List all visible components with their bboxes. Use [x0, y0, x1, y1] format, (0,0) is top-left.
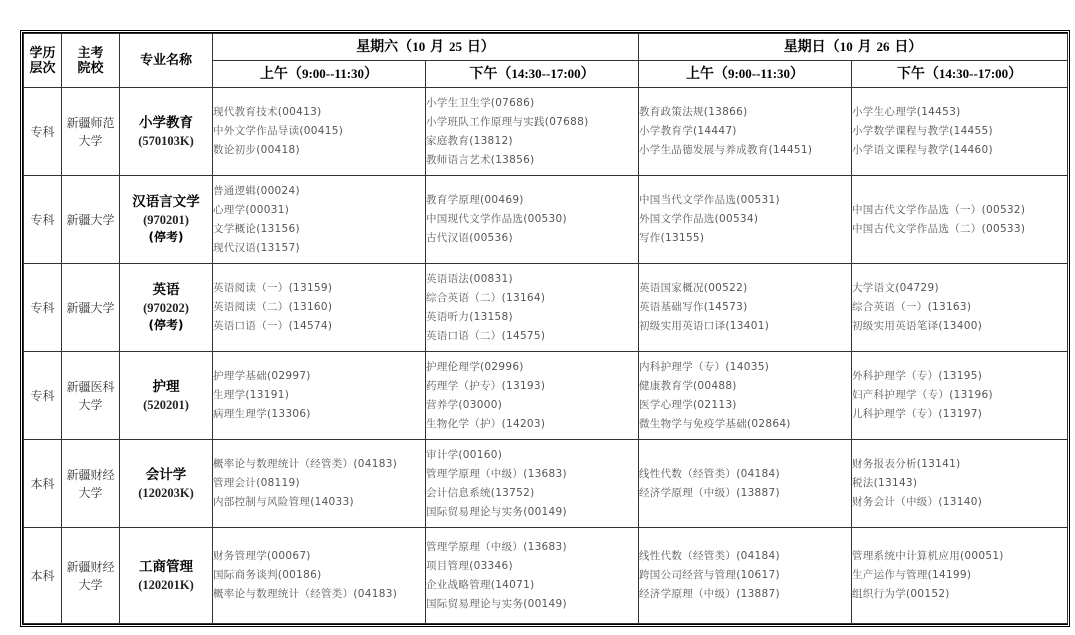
course-item: 内科护理学（专）(14035)	[639, 358, 851, 377]
course-item: 文学概论(13156)	[213, 220, 425, 239]
course-item: 心理学(00031)	[213, 201, 425, 220]
course-item: 小学生品德发展与养成教育(14451)	[639, 141, 851, 160]
month-unit: 月	[430, 39, 444, 55]
course-item: 生产运作与管理(14199)	[852, 566, 1067, 585]
major-status-note: (停考)	[120, 317, 212, 334]
course-item: 古代汉语(00536)	[426, 229, 638, 248]
header-level: 学历 层次	[24, 34, 62, 88]
major-name: 小学教育	[120, 114, 212, 132]
school-name-line2: 大学	[78, 578, 102, 592]
header-day-sunday: 星期日（10 月 26 日）	[639, 34, 1068, 61]
school-cell: 新疆大学	[62, 176, 120, 264]
saturday-afternoon-courses: 护理伦理学(02996)药理学（护专）(13193)营养学(03000)生物化学…	[426, 352, 639, 440]
course-item: 药理学（护专）(13193)	[426, 377, 638, 396]
course-item: 概率论与数理统计（经管类）(04183)	[213, 455, 425, 474]
school-name-line1: 新疆医科	[66, 380, 114, 394]
level-text: 专科	[30, 301, 54, 315]
course-item: 中外文学作品导读(00415)	[213, 122, 425, 141]
level-cell: 专科	[24, 176, 62, 264]
slot-time: 14:30--17:00	[939, 66, 1008, 81]
course-item: 护理伦理学(02996)	[426, 358, 638, 377]
sunday-morning-courses: 英语国家概况(00522)英语基础写作(14573)初级实用英语口译(13401…	[639, 264, 852, 352]
day-number: 26	[876, 39, 889, 54]
day-unit: 日）	[467, 39, 495, 55]
level-cell: 本科	[24, 528, 62, 624]
header-sun-afternoon: 下午（14:30--17:00）	[852, 61, 1068, 88]
slot-close: ）	[1008, 66, 1022, 82]
major-name: 汉语言文学	[120, 193, 212, 211]
month-unit: 月	[858, 39, 872, 55]
course-item: 妇产科护理学（专）(13196)	[852, 386, 1067, 405]
course-item: 医学心理学(02113)	[639, 396, 851, 415]
header-school-line2: 院校	[77, 61, 103, 76]
course-item: 英语国家概况(00522)	[639, 279, 851, 298]
saturday-afternoon-courses: 审计学(00160)管理学原理（中级）(13683)会计信息系统(13752)国…	[426, 440, 639, 528]
course-item: 经济学原理（中级）(13887)	[639, 585, 851, 604]
header-school: 主考 院校	[62, 34, 120, 88]
course-item: 家庭教育(13812)	[426, 132, 638, 151]
saturday-morning-courses: 概率论与数理统计（经管类）(04183)管理会计(08119)内部控制与风险管理…	[213, 440, 426, 528]
major-status-note: (停考)	[120, 229, 212, 246]
day-number: 25	[449, 39, 462, 54]
school-cell: 新疆财经 大学	[62, 528, 120, 624]
course-item: 教育学原理(00469)	[426, 191, 638, 210]
header-sat-morning: 上午（9:00--11:30）	[213, 61, 426, 88]
exam-schedule-table: 学历 层次 主考 院校 专业名称 星期六（10 月 25 日） 星期日（10 月…	[23, 33, 1068, 624]
slot-label: 上午（	[686, 66, 728, 82]
course-item: 财务管理学(00067)	[213, 547, 425, 566]
course-item: 普通逻辑(00024)	[213, 182, 425, 201]
course-item: 小学数学课程与教学(14455)	[852, 122, 1067, 141]
major-cell: 汉语言文学 (970201) (停考)	[120, 176, 213, 264]
schedule-body: 专科 新疆师范 大学 小学教育 (570103K) 现代教育技术(00413)中…	[24, 88, 1068, 624]
course-item: 中国古代文学作品选（一）(00532)	[852, 201, 1067, 220]
major-name: 护理	[120, 378, 212, 396]
course-item: 病理生理学(13306)	[213, 405, 425, 424]
course-item: 小学语文课程与教学(14460)	[852, 141, 1067, 160]
header-day-saturday: 星期六（10 月 25 日）	[213, 34, 639, 61]
header-major: 专业名称	[120, 34, 213, 88]
major-cell: 工商管理 (120201K)	[120, 528, 213, 624]
school-cell: 新疆医科 大学	[62, 352, 120, 440]
course-item: 综合英语（二）(13164)	[426, 289, 638, 308]
course-item: 概率论与数理统计（经管类）(04183)	[213, 585, 425, 604]
major-code: (520201)	[120, 396, 212, 414]
slot-label: 上午（	[260, 66, 302, 82]
course-item: 教育政策法规(13866)	[639, 103, 851, 122]
school-name-line1: 新疆大学	[66, 213, 114, 227]
course-item: 生理学(13191)	[213, 386, 425, 405]
level-text: 本科	[30, 477, 54, 491]
course-item: 数论初步(00418)	[213, 141, 425, 160]
course-item: 护理学基础(02997)	[213, 367, 425, 386]
school-cell: 新疆财经 大学	[62, 440, 120, 528]
course-item: 管理会计(08119)	[213, 474, 425, 493]
saturday-morning-courses: 护理学基础(02997)生理学(13191)病理生理学(13306)	[213, 352, 426, 440]
course-item: 中国古代文学作品选（二）(00533)	[852, 220, 1067, 239]
table-row: 本科 新疆财经 大学 工商管理 (120201K) 财务管理学(00067)国际…	[24, 528, 1068, 624]
school-name-line1: 新疆师范	[66, 116, 114, 130]
course-item: 生物化学（护）(14203)	[426, 415, 638, 434]
course-item: 国际商务谈判(00186)	[213, 566, 425, 585]
level-cell: 专科	[24, 352, 62, 440]
course-item: 财务会计（中级）(13140)	[852, 493, 1067, 512]
major-cell: 小学教育 (570103K)	[120, 88, 213, 176]
course-item: 小学生卫生学(07686)	[426, 94, 638, 113]
course-item: 管理学原理（中级）(13683)	[426, 465, 638, 484]
level-text: 本科	[30, 569, 54, 583]
course-item: 写作(13155)	[639, 229, 851, 248]
major-name: 英语	[120, 281, 212, 299]
course-item: 小学生心理学(14453)	[852, 103, 1067, 122]
sunday-morning-courses: 线性代数（经管类）(04184)跨国公司经营与管理(10617)经济学原理（中级…	[639, 528, 852, 624]
month-number: 10	[840, 39, 853, 54]
major-cell: 护理 (520201)	[120, 352, 213, 440]
course-item: 管理系统中计算机应用(00051)	[852, 547, 1067, 566]
slot-time: 9:00--11:30	[302, 66, 364, 81]
sunday-afternoon-courses: 外科护理学（专）(13195)妇产科护理学（专）(13196)儿科护理学（专）(…	[852, 352, 1068, 440]
sunday-morning-courses: 教育政策法规(13866)小学教育学(14447)小学生品德发展与养成教育(14…	[639, 88, 852, 176]
major-code: (970202)	[120, 299, 212, 317]
sunday-afternoon-courses: 大学语文(04729)综合英语（一）(13163)初级实用英语笔译(13400)	[852, 264, 1068, 352]
saturday-morning-courses: 英语阅读（一）(13159)英语阅读（二）(13160)英语口语（一）(1457…	[213, 264, 426, 352]
course-item: 初级实用英语口译(13401)	[639, 317, 851, 336]
table-row: 专科 新疆大学 英语 (970202) (停考) 英语阅读（一）(13159)英…	[24, 264, 1068, 352]
day-label: 星期六（	[356, 39, 412, 55]
major-code: (570103K)	[120, 132, 212, 150]
course-item: 微生物学与免疫学基础(02864)	[639, 415, 851, 434]
saturday-morning-courses: 普通逻辑(00024)心理学(00031)文学概论(13156)现代汉语(131…	[213, 176, 426, 264]
sunday-afternoon-courses: 小学生心理学(14453)小学数学课程与教学(14455)小学语文课程与教学(1…	[852, 88, 1068, 176]
course-item: 外国文学作品选(00534)	[639, 210, 851, 229]
saturday-morning-courses: 财务管理学(00067)国际商务谈判(00186)概率论与数理统计（经管类）(0…	[213, 528, 426, 624]
course-item: 内部控制与风险管理(14033)	[213, 493, 425, 512]
exam-schedule-frame: 学历 层次 主考 院校 专业名称 星期六（10 月 25 日） 星期日（10 月…	[20, 30, 1070, 627]
slot-close: ）	[581, 66, 595, 82]
sunday-afternoon-courses: 中国古代文学作品选（一）(00532)中国古代文学作品选（二）(00533)	[852, 176, 1068, 264]
course-item: 现代汉语(13157)	[213, 239, 425, 258]
course-item: 现代教育技术(00413)	[213, 103, 425, 122]
course-item: 组织行为学(00152)	[852, 585, 1067, 604]
school-name-line1: 新疆财经	[66, 468, 114, 482]
course-item: 健康教育学(00488)	[639, 377, 851, 396]
course-item: 英语阅读（一）(13159)	[213, 279, 425, 298]
saturday-morning-courses: 现代教育技术(00413)中外文学作品导读(00415)数论初步(00418)	[213, 88, 426, 176]
course-item: 线性代数（经管类）(04184)	[639, 547, 851, 566]
school-name-line1: 新疆财经	[66, 560, 114, 574]
course-item: 英语听力(13158)	[426, 308, 638, 327]
level-cell: 本科	[24, 440, 62, 528]
course-item: 中国现代文学作品选(00530)	[426, 210, 638, 229]
course-item: 项目管理(03346)	[426, 557, 638, 576]
course-item: 企业战略管理(14071)	[426, 576, 638, 595]
slot-label: 下午（	[897, 66, 939, 82]
major-cell: 英语 (970202) (停考)	[120, 264, 213, 352]
saturday-afternoon-courses: 管理学原理（中级）(13683)项目管理(03346)企业战略管理(14071)…	[426, 528, 639, 624]
course-item: 财务报表分析(13141)	[852, 455, 1067, 474]
course-item: 初级实用英语笔译(13400)	[852, 317, 1067, 336]
sunday-afternoon-courses: 管理系统中计算机应用(00051)生产运作与管理(14199)组织行为学(001…	[852, 528, 1068, 624]
saturday-afternoon-courses: 教育学原理(00469)中国现代文学作品选(00530)古代汉语(00536)	[426, 176, 639, 264]
header-sun-morning: 上午（9:00--11:30）	[639, 61, 852, 88]
slot-close: ）	[364, 66, 378, 82]
course-item: 英语基础写作(14573)	[639, 298, 851, 317]
level-text: 专科	[30, 125, 54, 139]
sunday-afternoon-courses: 财务报表分析(13141)税法(13143)财务会计（中级）(13140)	[852, 440, 1068, 528]
sunday-morning-courses: 内科护理学（专）(14035)健康教育学(00488)医学心理学(02113)微…	[639, 352, 852, 440]
level-text: 专科	[30, 213, 54, 227]
course-item: 国际贸易理论与实务(00149)	[426, 595, 638, 614]
sunday-morning-courses: 中国当代文学作品选(00531)外国文学作品选(00534)写作(13155)	[639, 176, 852, 264]
school-cell: 新疆师范 大学	[62, 88, 120, 176]
course-item: 会计信息系统(13752)	[426, 484, 638, 503]
course-item: 税法(13143)	[852, 474, 1067, 493]
saturday-afternoon-courses: 小学生卫生学(07686)小学班队工作原理与实践(07688)家庭教育(1381…	[426, 88, 639, 176]
course-item: 英语口语（二）(14575)	[426, 327, 638, 346]
major-name: 工商管理	[120, 558, 212, 576]
course-item: 儿科护理学（专）(13197)	[852, 405, 1067, 424]
day-label: 星期日（	[784, 39, 840, 55]
course-item: 跨国公司经营与管理(10617)	[639, 566, 851, 585]
course-item: 大学语文(04729)	[852, 279, 1067, 298]
header-sat-afternoon: 下午（14:30--17:00）	[426, 61, 639, 88]
course-item: 英语阅读（二）(13160)	[213, 298, 425, 317]
month-number: 10	[412, 39, 425, 54]
course-item: 国际贸易理论与实务(00149)	[426, 503, 638, 522]
school-name-line2: 大学	[78, 398, 102, 412]
saturday-afternoon-courses: 英语语法(00831)综合英语（二）(13164)英语听力(13158)英语口语…	[426, 264, 639, 352]
course-item: 营养学(03000)	[426, 396, 638, 415]
table-row: 专科 新疆师范 大学 小学教育 (570103K) 现代教育技术(00413)中…	[24, 88, 1068, 176]
course-item: 审计学(00160)	[426, 446, 638, 465]
school-cell: 新疆大学	[62, 264, 120, 352]
school-name-line2: 大学	[78, 134, 102, 148]
table-row: 本科 新疆财经 大学 会计学 (120203K) 概率论与数理统计（经管类）(0…	[24, 440, 1068, 528]
course-item: 管理学原理（中级）(13683)	[426, 538, 638, 557]
school-name-line2: 大学	[78, 486, 102, 500]
level-cell: 专科	[24, 264, 62, 352]
table-row: 专科 新疆大学 汉语言文学 (970201) (停考) 普通逻辑(00024)心…	[24, 176, 1068, 264]
course-item: 中国当代文学作品选(00531)	[639, 191, 851, 210]
major-code: (120201K)	[120, 576, 212, 594]
header-level-line2: 层次	[29, 61, 55, 76]
level-cell: 专科	[24, 88, 62, 176]
slot-time: 14:30--17:00	[511, 66, 580, 81]
sunday-morning-courses: 线性代数（经管类）(04184)经济学原理（中级）(13887)	[639, 440, 852, 528]
slot-time: 9:00--11:30	[728, 66, 790, 81]
slot-label: 下午（	[469, 66, 511, 82]
major-code: (120203K)	[120, 484, 212, 502]
course-item: 教师语言艺术(13856)	[426, 151, 638, 170]
table-row: 专科 新疆医科 大学 护理 (520201) 护理学基础(02997)生理学(1…	[24, 352, 1068, 440]
course-item: 外科护理学（专）(13195)	[852, 367, 1067, 386]
header-level-line1: 学历	[29, 46, 55, 61]
major-name: 会计学	[120, 466, 212, 484]
header-school-line1: 主考	[77, 46, 103, 61]
major-cell: 会计学 (120203K)	[120, 440, 213, 528]
school-name-line1: 新疆大学	[66, 301, 114, 315]
course-item: 英语口语（一）(14574)	[213, 317, 425, 336]
course-item: 综合英语（一）(13163)	[852, 298, 1067, 317]
course-item: 线性代数（经管类）(04184)	[639, 465, 851, 484]
course-item: 经济学原理（中级）(13887)	[639, 484, 851, 503]
course-item: 小学教育学(14447)	[639, 122, 851, 141]
course-item: 英语语法(00831)	[426, 270, 638, 289]
course-item: 小学班队工作原理与实践(07688)	[426, 113, 638, 132]
day-unit: 日）	[894, 39, 922, 55]
major-code: (970201)	[120, 211, 212, 229]
level-text: 专科	[30, 389, 54, 403]
slot-close: ）	[790, 66, 804, 82]
